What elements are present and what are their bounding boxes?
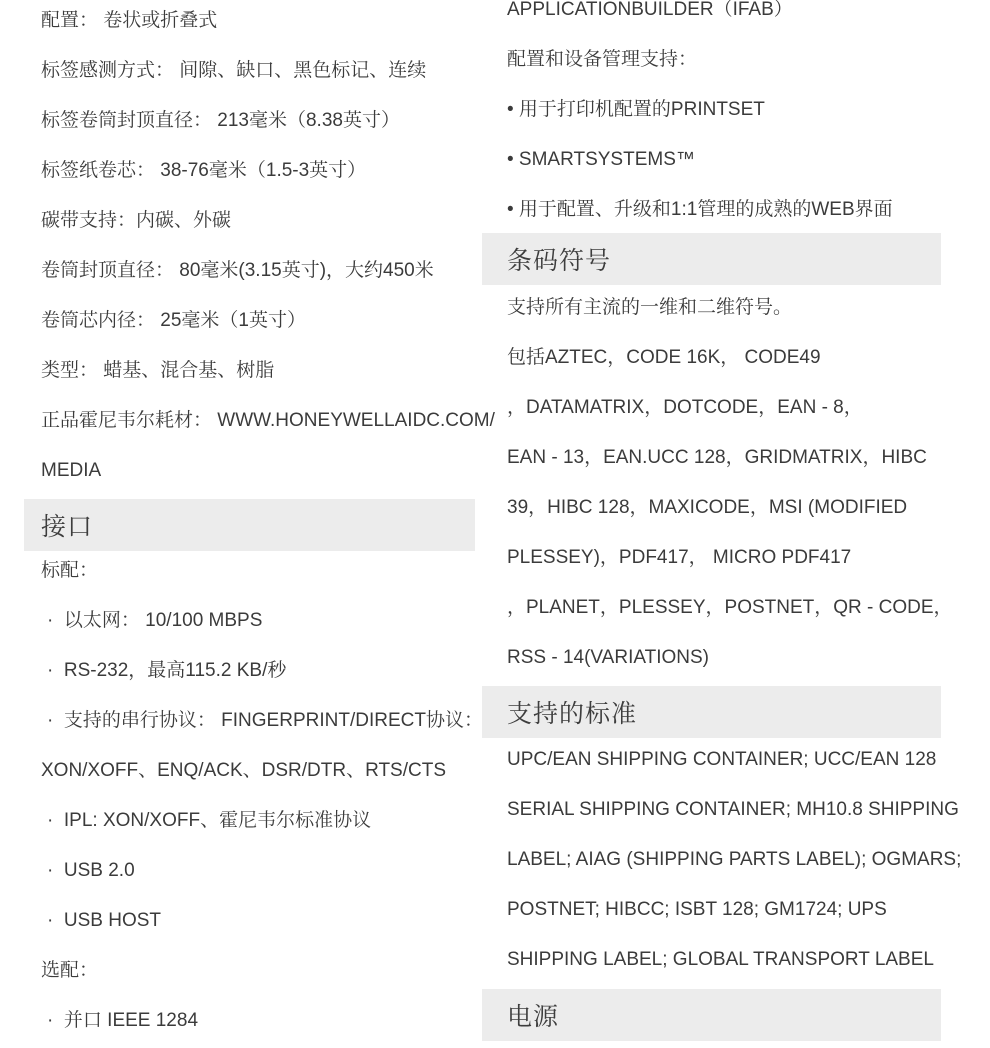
spec-line: · IPL: XON/XOFF、霍尼韦尔标准协议 [24,796,475,846]
right-column: APPLICATIONBUILDER（IFAB） 配置和设备管理支持： • 用于… [482,0,941,1048]
spec-line: · 以太网： 10/100 MBPS [24,596,475,646]
standards-spec-group: UPC/EAN SHIPPING CONTAINER; UCC/EAN 128 … [482,735,941,985]
spec-line: 类型： 蜡基、混合基、树脂 [24,346,475,396]
spec-line: 选配： [24,946,475,996]
spec-line: 标签纸卷芯： 38-76毫米（1.5-3英寸） [24,146,475,196]
spec-line: • 用于打印机配置的PRINTSET [482,85,941,135]
spec-line: • 用于配置、升级和1:1管理的成熟的WEB界面 [482,185,941,235]
section-title: 电源 [507,997,559,1033]
spec-line: 包括AZTEC，CODE 16K， CODE49 [482,333,941,383]
spec-line: · 并口 IEEE 1284 [24,996,475,1046]
spec-line: APPLICATIONBUILDER（IFAB） [482,0,941,35]
spec-line: EAN - 13，EAN.UCC 128，GRIDMATRIX，HIBC [482,433,941,483]
barcode-spec-group: 支持所有主流的一维和二维符号。 包括AZTEC，CODE 16K， CODE49… [482,283,941,683]
spec-line: POSTNET; HIBCC; ISBT 128; GM1724; UPS [482,885,941,935]
spec-line: 支持所有主流的一维和二维符号。 [482,283,941,333]
spec-line: · USB 2.0 [24,846,475,896]
section-header-supported-standards: 支持的标准 [482,686,941,738]
interface-spec-group: 标配： · 以太网： 10/100 MBPS · RS-232，最高115.2 … [24,546,475,1046]
section-header-power: 电源 [482,989,941,1041]
spec-line: SERIAL SHIPPING CONTAINER; MH10.8 SHIPPI… [482,785,941,835]
left-column: 配置： 卷状或折叠式 标签感测方式： 间隙、缺口、黑色标记、连续 标签卷筒封顶直… [24,0,475,1048]
spec-line: 卷筒封顶直径： 80毫米(3.15英寸)，大约450米 [24,246,475,296]
spec-line: RSS - 14(VARIATIONS) [482,633,941,683]
spec-line: UPC/EAN SHIPPING CONTAINER; UCC/EAN 128 [482,735,941,785]
spec-line: 卷筒芯内径： 25毫米（1英寸） [24,296,475,346]
spec-line: 碳带支持：内碳、外碳 [24,196,475,246]
section-header-interface: 接口 [24,499,475,551]
spec-line: ，PLANET，PLESSEY，POSTNET，QR - CODE， [482,583,941,633]
spec-line: · RS-232，最高115.2 KB/秒 [24,646,475,696]
spec-line: 39，HIBC 128，MAXICODE，MSI (MODIFIED [482,483,941,533]
section-title: 条码符号 [507,241,611,277]
spec-line: 标配： [24,546,475,596]
spec-line: 正品霍尼韦尔耗材： WWW.HONEYWELLAIDC.COM/ [24,396,475,446]
spec-line: · USB HOST [24,896,475,946]
spec-line: 配置和设备管理支持： [482,35,941,85]
section-header-barcode-symbologies: 条码符号 [482,233,941,285]
spec-line: ，DATAMATRIX，DOTCODE，EAN - 8， [482,383,941,433]
spec-line: 标签感测方式： 间隙、缺口、黑色标记、连续 [24,46,475,96]
spec-line: • SMARTSYSTEMS™ [482,135,941,185]
printer-spec-sheet: 配置： 卷状或折叠式 标签感测方式： 间隙、缺口、黑色标记、连续 标签卷筒封顶直… [0,0,990,1048]
spec-line: MEDIA [24,446,475,496]
section-title: 支持的标准 [507,694,637,730]
spec-line: SHIPPING LABEL; GLOBAL TRANSPORT LABEL [482,935,941,985]
section-title: 接口 [41,507,93,543]
spec-line: 标签卷筒封顶直径： 213毫米（8.38英寸） [24,96,475,146]
spec-line: XON/XOFF、ENQ/ACK、DSR/DTR、RTS/CTS [24,746,475,796]
software-spec-group: APPLICATIONBUILDER（IFAB） 配置和设备管理支持： • 用于… [482,0,941,235]
spec-line: LABEL; AIAG (SHIPPING PARTS LABEL); OGMA… [482,835,941,885]
spec-line: · 支持的串行协议： FINGERPRINT/DIRECT协议： [24,696,475,746]
spec-line: 配置： 卷状或折叠式 [24,0,475,46]
spec-line: PLESSEY)，PDF417， MICRO PDF417 [482,533,941,583]
media-spec-group: 配置： 卷状或折叠式 标签感测方式： 间隙、缺口、黑色标记、连续 标签卷筒封顶直… [24,0,475,496]
